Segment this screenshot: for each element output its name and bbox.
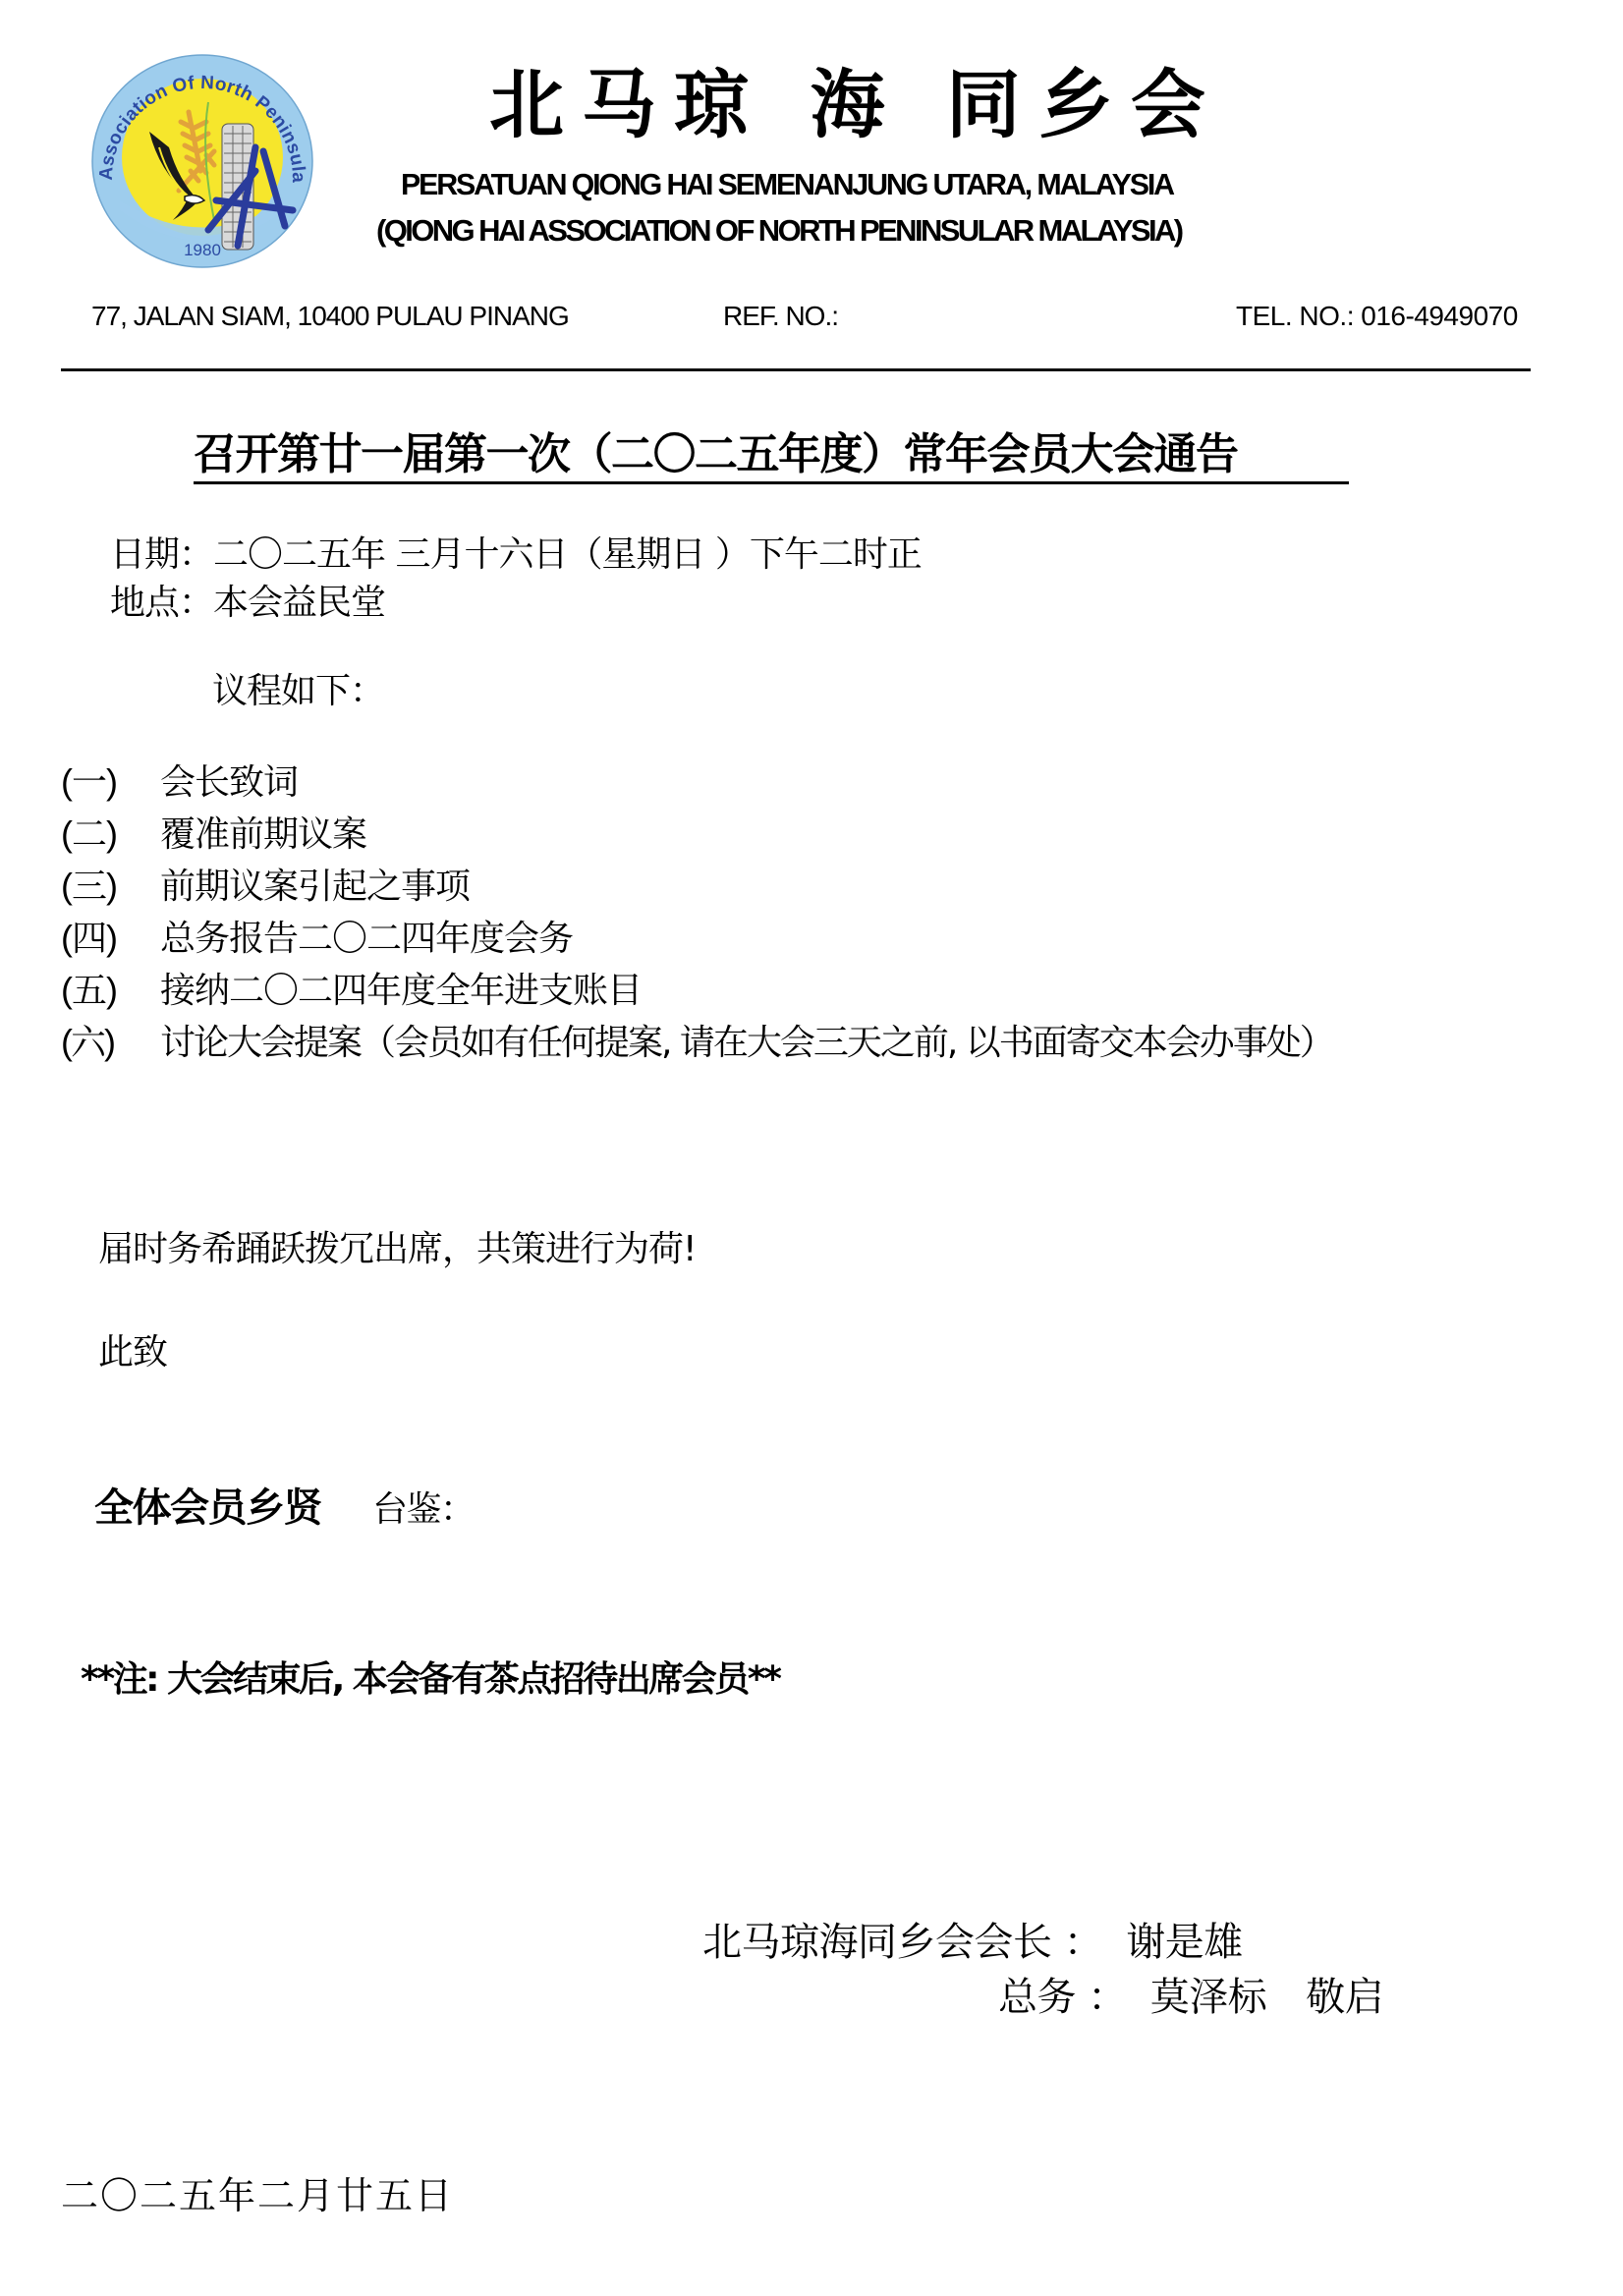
org-name-chinese: 北马琼 海 同乡会 [489, 61, 1223, 149]
agenda-text: 会长致词 [160, 762, 298, 803]
agenda-number: (四) [61, 917, 160, 960]
refreshment-note: **注: 大会结束后, 本会备有茶点招待出席会员** [81, 1658, 779, 1702]
agenda-item: (二)覆准前期议案 [61, 812, 366, 857]
president-title: 北马琼海同乡会会长 ： [702, 1920, 1102, 1965]
president-name: 谢是雄 [1126, 1920, 1243, 1965]
agenda-item: (一)会长致词 [61, 760, 298, 805]
agenda-number: (一) [61, 760, 160, 804]
agenda-text: 讨论大会提案（会员如有任何提案, 请在大会三天之前, 以书面寄交本会办事处） [160, 1023, 1333, 1063]
secretary-name: 莫泽标 [1150, 1975, 1267, 2020]
agenda-number: (二) [61, 812, 160, 856]
meeting-date: 日期：二〇二五年 三月十六日（星期日 ）下午二时正 [110, 533, 922, 577]
agenda-heading: 议程如下： [212, 670, 384, 713]
meeting-venue: 地点：本会益民堂 [110, 582, 385, 625]
issue-date: 二〇二五年二月廿五日 [61, 2173, 454, 2218]
svg-text:1980: 1980 [184, 241, 221, 259]
closing-remark: 届时务希踊跃拨冗出席，共策进行为荷! [98, 1228, 696, 1271]
secretary-title: 总务 ： [998, 1975, 1127, 2020]
agenda-item: (三)前期议案引起之事项 [61, 865, 470, 909]
org-name-malay: PERSATUAN QIONG HAI SEMENANJUNG UTARA, M… [401, 165, 1173, 204]
addressee: 全体会员乡贤台鉴： [94, 1484, 475, 1535]
agenda-item: (五)接纳二〇二四年度全年进支账目 [61, 969, 642, 1013]
agenda-item: (四)总务报告二〇二四年度会务 [61, 917, 573, 961]
agenda-number: (三) [61, 865, 160, 908]
agenda-number: (六) [61, 1021, 160, 1064]
header-divider [61, 368, 1531, 371]
closing-word: 敬启 [1306, 1975, 1383, 2020]
org-name-english: (QIONG HAI ASSOCIATION OF NORTH PENINSUL… [376, 211, 1182, 251]
agenda-text: 总务报告二〇二四年度会务 [160, 919, 573, 959]
agenda-text: 前期议案引起之事项 [160, 867, 470, 907]
addressee-name: 全体会员乡贤 [94, 1485, 321, 1531]
addressee-suffix: 台鉴： [372, 1489, 475, 1530]
telephone-number: TEL. NO.: 016-4949070 [1236, 300, 1518, 333]
agenda-item: (六)讨论大会提案（会员如有任何提案, 请在大会三天之前, 以书面寄交本会办事处… [61, 1021, 1333, 1065]
secretary-signature: 总务 ：莫泽标敬启 [998, 1973, 1383, 2022]
address: 77, JALAN SIAM, 10400 PULAU PINANG [91, 300, 569, 333]
ref-number-label: REF. NO.: [723, 300, 838, 333]
agenda-number: (五) [61, 969, 160, 1012]
agenda-text: 接纳二〇二四年度全年进支账目 [160, 971, 642, 1011]
notice-title: 召开第廿一届第一次（二〇二五年度）常年会员大会通告 [194, 429, 1349, 484]
regards: 此致 [98, 1331, 167, 1374]
president-signature: 北马琼海同乡会会长 ：谢是雄 [702, 1918, 1243, 1967]
association-logo: Qiong Hai Association Of North Peninsula… [90, 53, 314, 269]
agenda-text: 覆准前期议案 [160, 814, 366, 855]
